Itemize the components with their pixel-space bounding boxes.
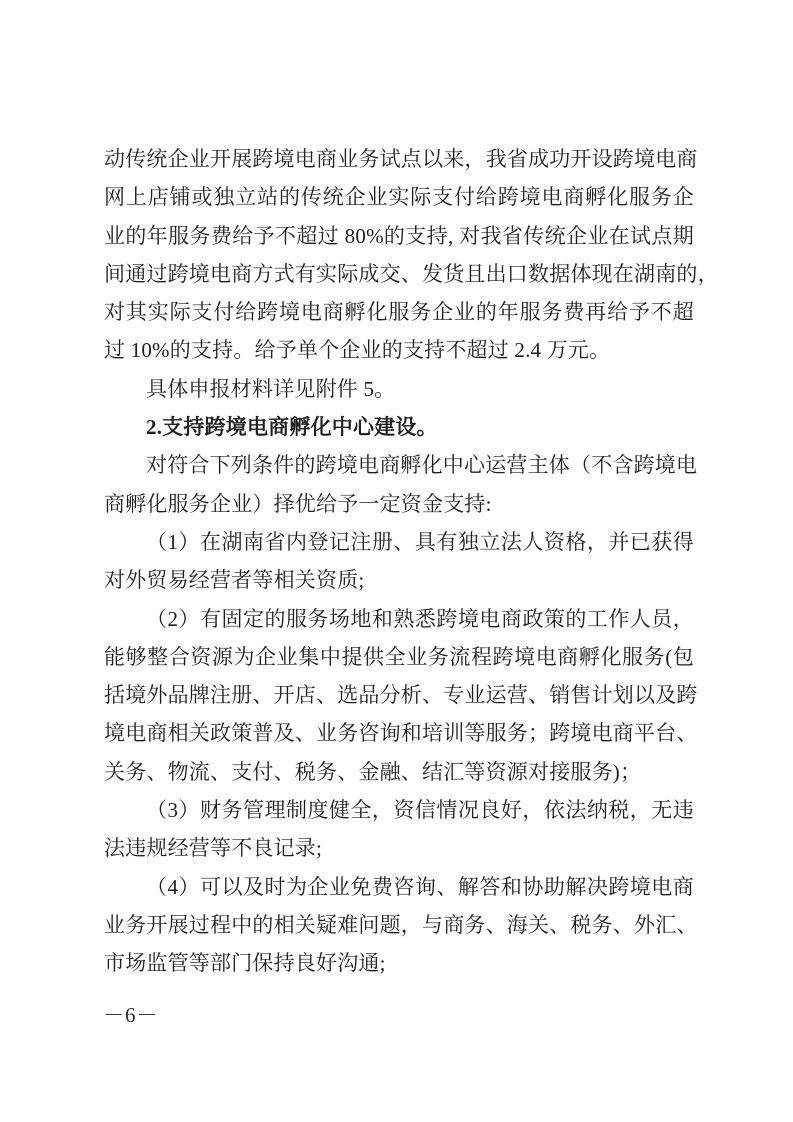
paragraph-condition-3-line-2: 法违规经营等不良记录;: [104, 829, 694, 867]
paragraph-incubation-center-intro-line-2: 商孵化服务企业）择优给予一定资金支持:: [104, 485, 694, 523]
paragraph-incubation-service-support-line-2: 网上店铺或独立站的传统企业实际支付给跨境电商孵化服务企: [104, 178, 694, 216]
paragraph-condition-1-line-2: 对外贸易经营者等相关资质;: [104, 561, 694, 599]
paragraph-condition-2-line-3: 括境外品牌注册、开店、选品分析、专业运营、销售计划以及跨: [104, 676, 694, 714]
paragraph-condition-1-line-1: （1）在湖南省内登记注册、具有独立法人资格，并已获得: [104, 523, 694, 561]
paragraph-condition-4-line-3: 市场监管等部门保持良好沟通;: [104, 944, 694, 982]
document-body: 动传统企业开展跨境电商业务试点以来，我省成功开设跨境电商网上店铺或独立站的传统企…: [104, 140, 694, 983]
paragraph-condition-2-line-5: 关务、物流、支付、税务、金融、结汇等资源对接服务)；: [104, 753, 694, 791]
paragraph-condition-2-line-4: 境电商相关政策普及、业务咨询和培训等服务；跨境电商平台、: [104, 714, 694, 752]
paragraph-incubation-center-intro-line-1: 对符合下列条件的跨境电商孵化中心运营主体（不含跨境电: [104, 446, 694, 484]
paragraph-condition-4-line-1: （4）可以及时为企业免费咨询、解答和协助解决跨境电商: [104, 868, 694, 906]
paragraph-condition-2-line-1: （2）有固定的服务场地和熟悉跨境电商政策的工作人员，: [104, 600, 694, 638]
paragraph-incubation-service-support-line-5: 对其实际支付给跨境电商孵化服务企业的年服务费再给予不超: [104, 293, 694, 331]
document-page: 动传统企业开展跨境电商业务试点以来，我省成功开设跨境电商网上店铺或独立站的传统企…: [0, 0, 793, 1122]
paragraph-condition-2-line-2: 能够整合资源为企业集中提供全业务流程跨境电商孵化服务(包: [104, 638, 694, 676]
page-number: －6－: [103, 1000, 159, 1030]
paragraph-incubation-service-support-line-3: 业的年服务费给予不超过 80%的支持, 对我省传统企业在试点期: [104, 217, 694, 255]
paragraph-condition-4-line-2: 业务开展过程中的相关疑难问题，与商务、海关、税务、外汇、: [104, 906, 694, 944]
paragraph-attachment-note-line-1: 具体申报材料详见附件 5。: [104, 370, 694, 408]
paragraph-incubation-service-support-line-1: 动传统企业开展跨境电商业务试点以来，我省成功开设跨境电商: [104, 140, 694, 178]
heading-section-2-line-1: 2.支持跨境电商孵化中心建设。: [104, 408, 694, 446]
paragraph-incubation-service-support-line-6: 过 10%的支持。给予单个企业的支持不超过 2.4 万元。: [104, 331, 694, 369]
paragraph-condition-3-line-1: （3）财务管理制度健全，资信情况良好，依法纳税，无违: [104, 791, 694, 829]
paragraph-incubation-service-support-line-4: 间通过跨境电商方式有实际成交、发货且出口数据体现在湖南的，: [104, 255, 694, 293]
